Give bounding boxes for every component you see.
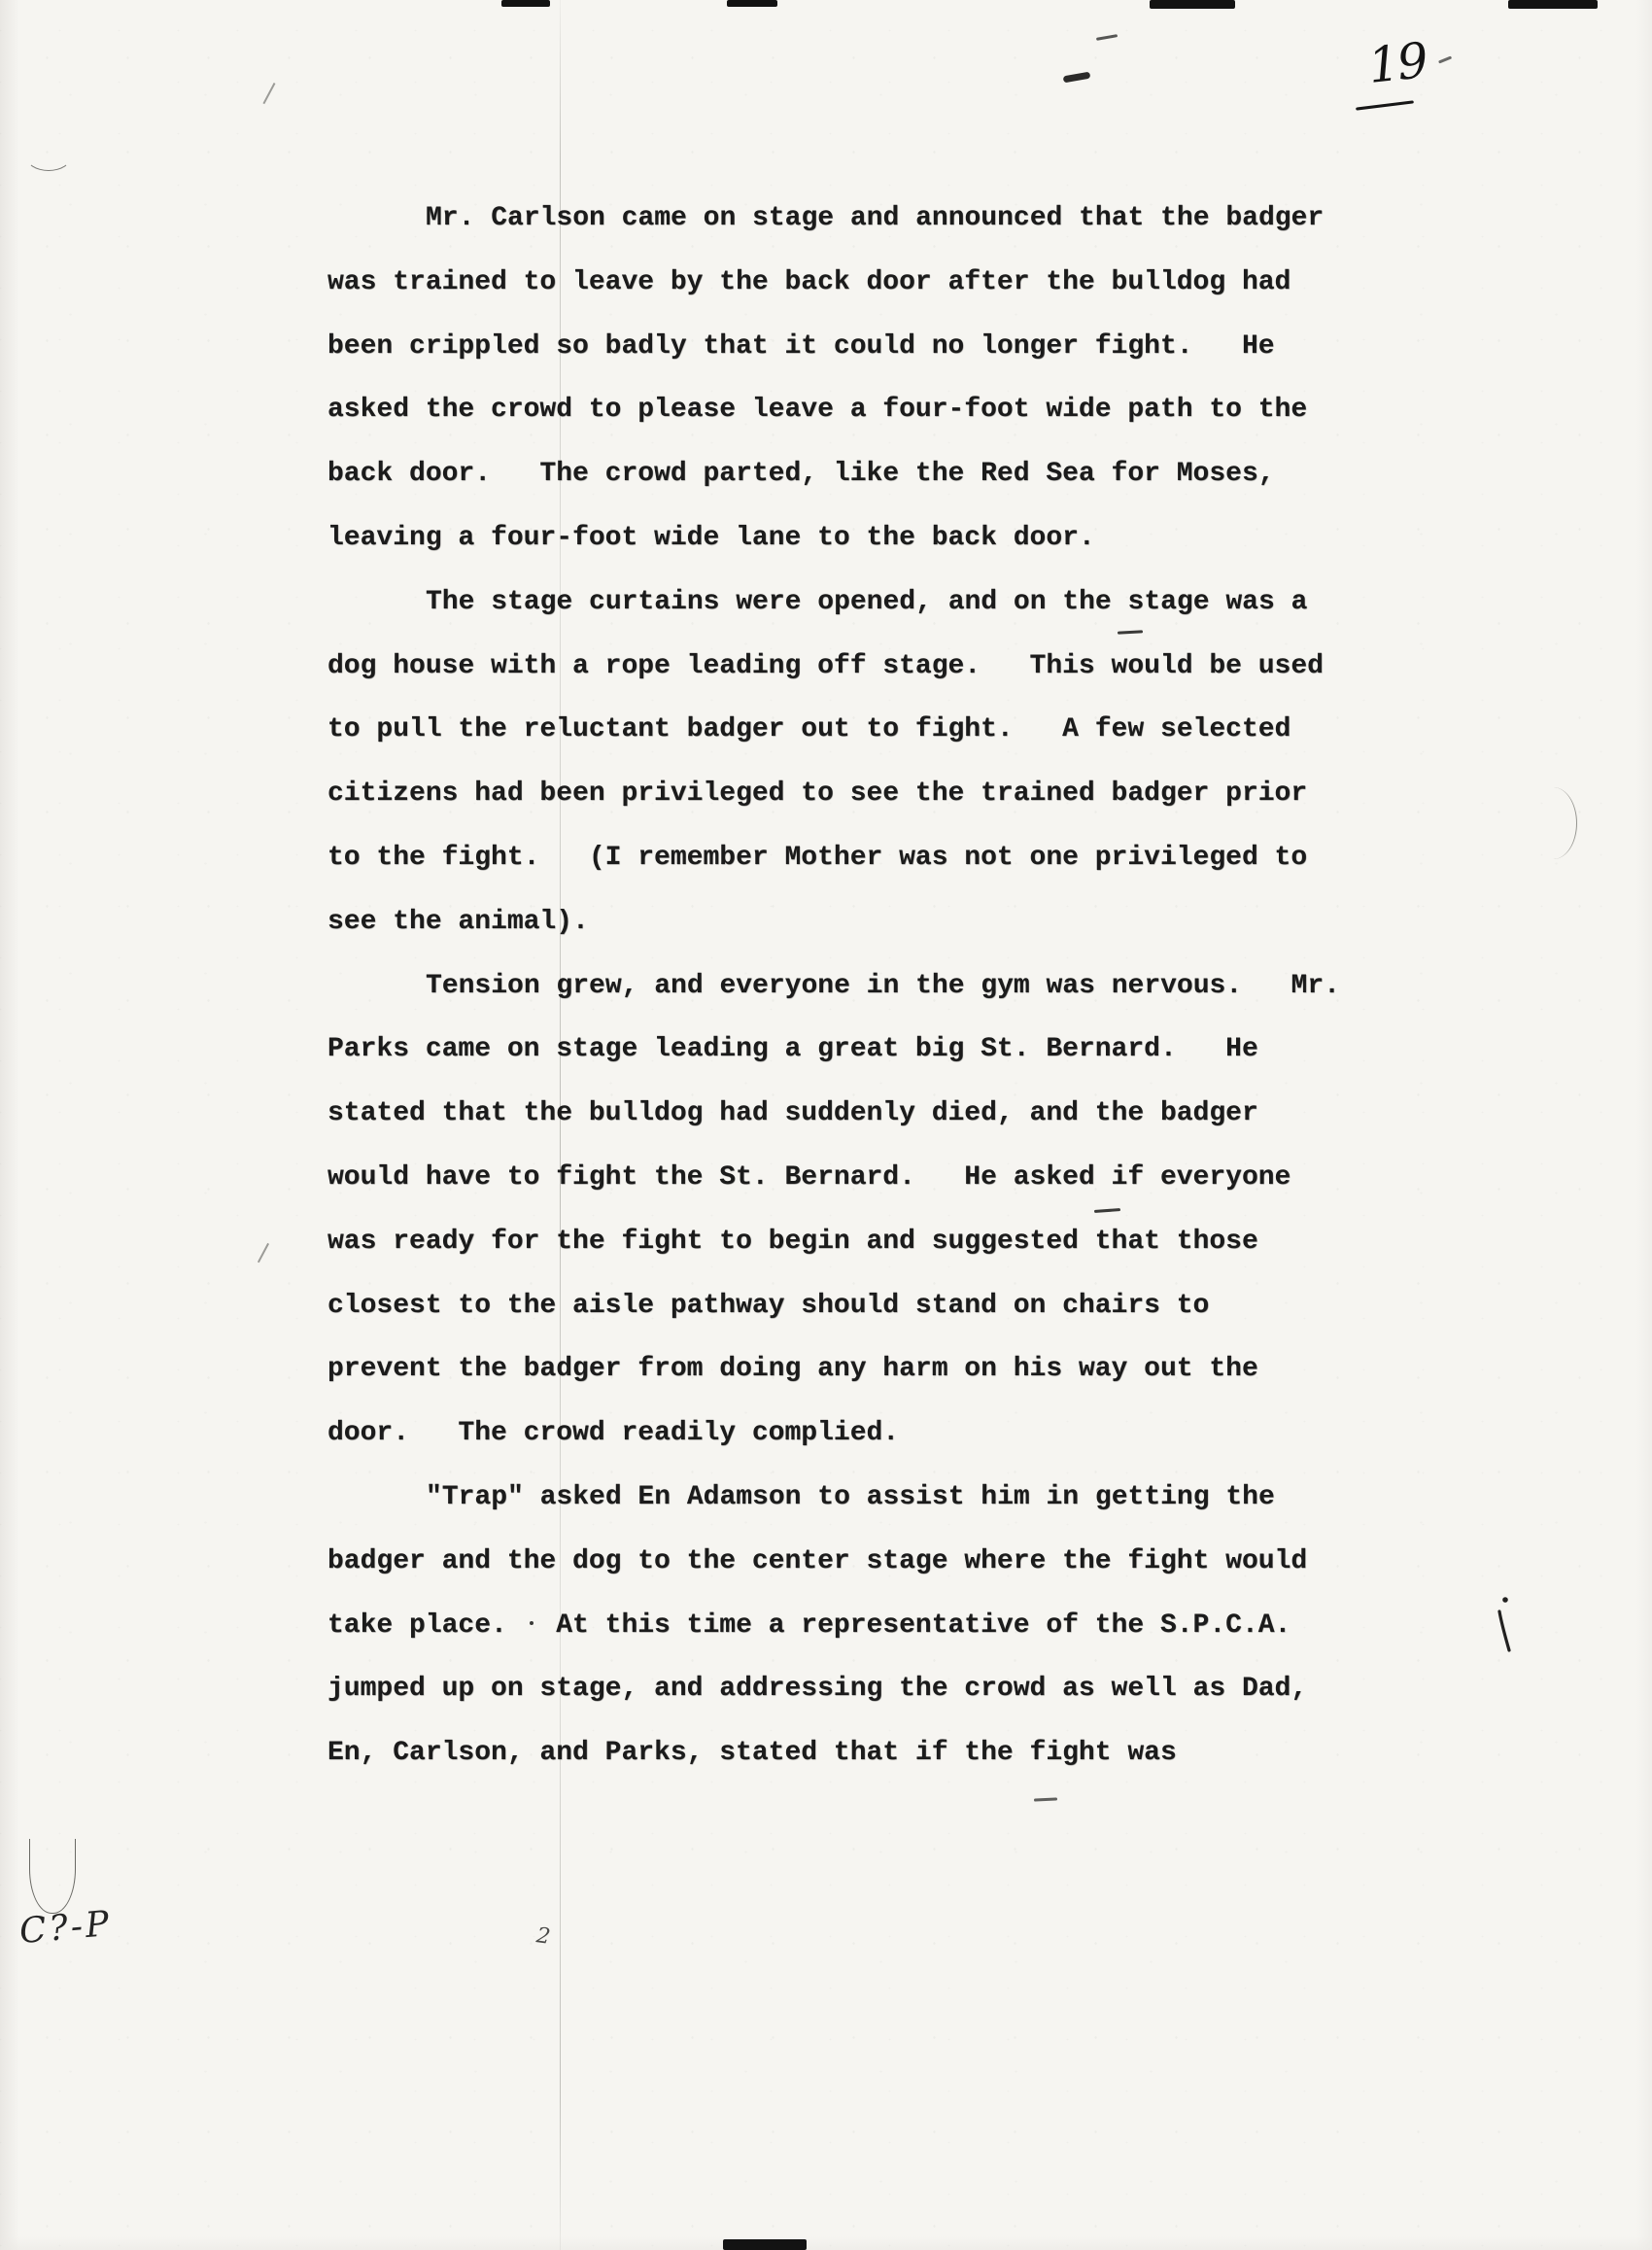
text-line: would have to fight the St. Bernard. He …: [327, 1146, 1358, 1210]
scan-edge-mark: [723, 2239, 807, 2250]
stray-mark: [1034, 1797, 1057, 1801]
text-line: closest to the aisle pathway should stan…: [327, 1274, 1358, 1338]
stray-curve-bottom-left: [29, 1839, 76, 1914]
text-line: stated that the bulldog had suddenly die…: [327, 1082, 1358, 1146]
stray-curve-top-left: [25, 140, 72, 171]
text-line: Parks came on stage leading a great big …: [327, 1018, 1358, 1082]
text-line: dog house with a rope leading off stage.…: [327, 635, 1358, 699]
text-line: En, Carlson, and Parks, stated that if t…: [327, 1721, 1358, 1785]
stray-mark: [1096, 34, 1118, 40]
page-number-underline: [1356, 100, 1414, 110]
text-line: door. The crowd readily complied.: [327, 1402, 1358, 1466]
text-line: see the animal).: [327, 890, 1358, 954]
text-line: take place. At this time a representativ…: [327, 1594, 1358, 1658]
stray-mark: [1438, 55, 1452, 63]
text-line: back door. The crowd parted, like the Re…: [327, 442, 1358, 506]
text-line: asked the crowd to please leave a four-f…: [327, 378, 1358, 442]
stray-dot: [530, 1621, 533, 1625]
text-line: to pull the reluctant badger out to figh…: [327, 698, 1358, 762]
text-line: was ready for the fight to begin and sug…: [327, 1210, 1358, 1274]
scan-edge-mark: [727, 0, 777, 7]
text-line: The stage curtains were opened, and on t…: [327, 571, 1358, 635]
scan-edge-mark: [1150, 0, 1235, 9]
scanned-page: 19 Mr. Carlson came on stage and announc…: [0, 0, 1652, 2250]
page-number-handwritten: 19: [1366, 36, 1429, 90]
handwritten-mark-bottom-left: C?-P: [18, 1907, 114, 1950]
text-line: "Trap" asked En Adamson to assist him in…: [327, 1466, 1358, 1530]
scan-edge-mark: [1508, 0, 1598, 9]
stray-curve-right: [1530, 787, 1577, 859]
stray-mark: [258, 1243, 269, 1263]
stray-figure-bottom-center: 2: [535, 1925, 552, 1949]
ink-smudge: [1063, 72, 1091, 84]
text-line: was trained to leave by the back door af…: [327, 251, 1358, 315]
text-line: to the fight. (I remember Mother was not…: [327, 826, 1358, 890]
text-line: citizens had been privileged to see the …: [327, 762, 1358, 826]
text-line: Mr. Carlson came on stage and announced …: [327, 187, 1358, 251]
text-line: prevent the badger from doing any harm o…: [327, 1337, 1358, 1402]
text-line: Tension grew, and everyone in the gym wa…: [327, 954, 1358, 1019]
text-line: been crippled so badly that it could no …: [327, 315, 1358, 379]
text-line: badger and the dog to the center stage w…: [327, 1530, 1358, 1594]
document-text: Mr. Carlson came on stage and announced …: [327, 187, 1358, 1785]
scan-edge-mark: [501, 0, 550, 7]
text-line: leaving a four-foot wide lane to the bac…: [327, 506, 1358, 571]
ink-tick-mark: [1491, 1594, 1516, 1658]
stray-mark: [262, 83, 275, 104]
text-line: jumped up on stage, and addressing the c…: [327, 1657, 1358, 1721]
